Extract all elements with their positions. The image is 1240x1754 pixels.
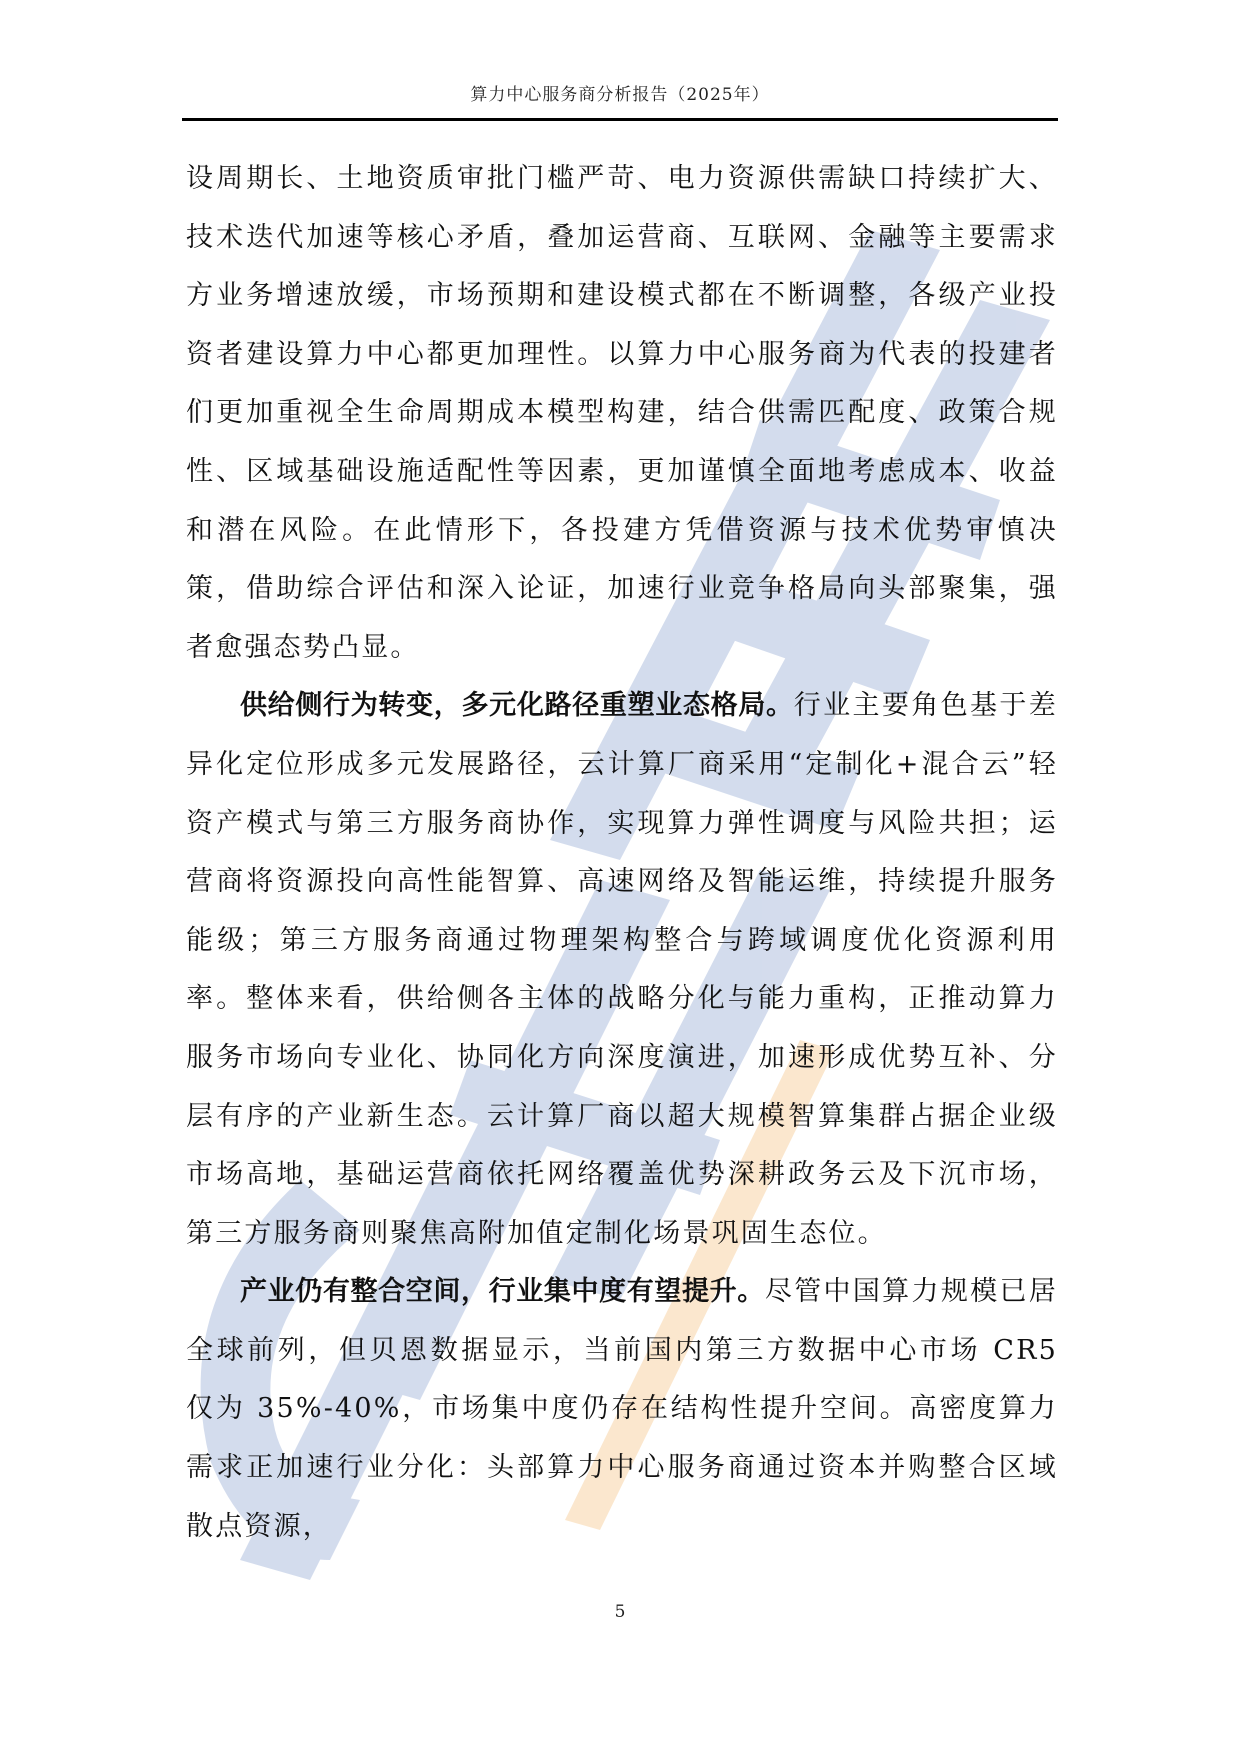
paragraph-lead-sentence: 产业仍有整合空间，行业集中度有望提升。 — [240, 1276, 765, 1307]
header-divider — [182, 118, 1058, 121]
page-number: 5 — [0, 1602, 1240, 1622]
paragraph: 产业仍有整合空间，行业集中度有望提升。尽管中国算力规模已居全球前列，但贝恩数据显… — [186, 1263, 1058, 1556]
paragraph: 设周期长、土地资质审批门槛严苛、电力资源供需缺口持续扩大、技术迭代加速等核心矛盾… — [186, 150, 1058, 677]
paragraph-text: 设周期长、土地资质审批门槛严苛、电力资源供需缺口持续扩大、技术迭代加速等核心矛盾… — [186, 163, 1058, 663]
document-body: 设周期长、土地资质审批门槛严苛、电力资源供需缺口持续扩大、技术迭代加速等核心矛盾… — [186, 150, 1058, 1556]
paragraph-text: 行业主要角色基于差异化定位形成多元发展路径，云计算厂商采用“定制化+混合云”轻资… — [186, 690, 1058, 1248]
paragraph-text: 尽管中国算力规模已居全球前列，但贝恩数据显示，当前国内第三方数据中心市场 CR5… — [186, 1276, 1058, 1541]
paragraph-lead-sentence: 供给侧行为转变，多元化路径重塑业态格局。 — [240, 690, 794, 721]
running-header: 算力中心服务商分析报告（2025年） — [182, 80, 1058, 105]
paragraph: 供给侧行为转变，多元化路径重塑业态格局。行业主要角色基于差异化定位形成多元发展路… — [186, 677, 1058, 1263]
